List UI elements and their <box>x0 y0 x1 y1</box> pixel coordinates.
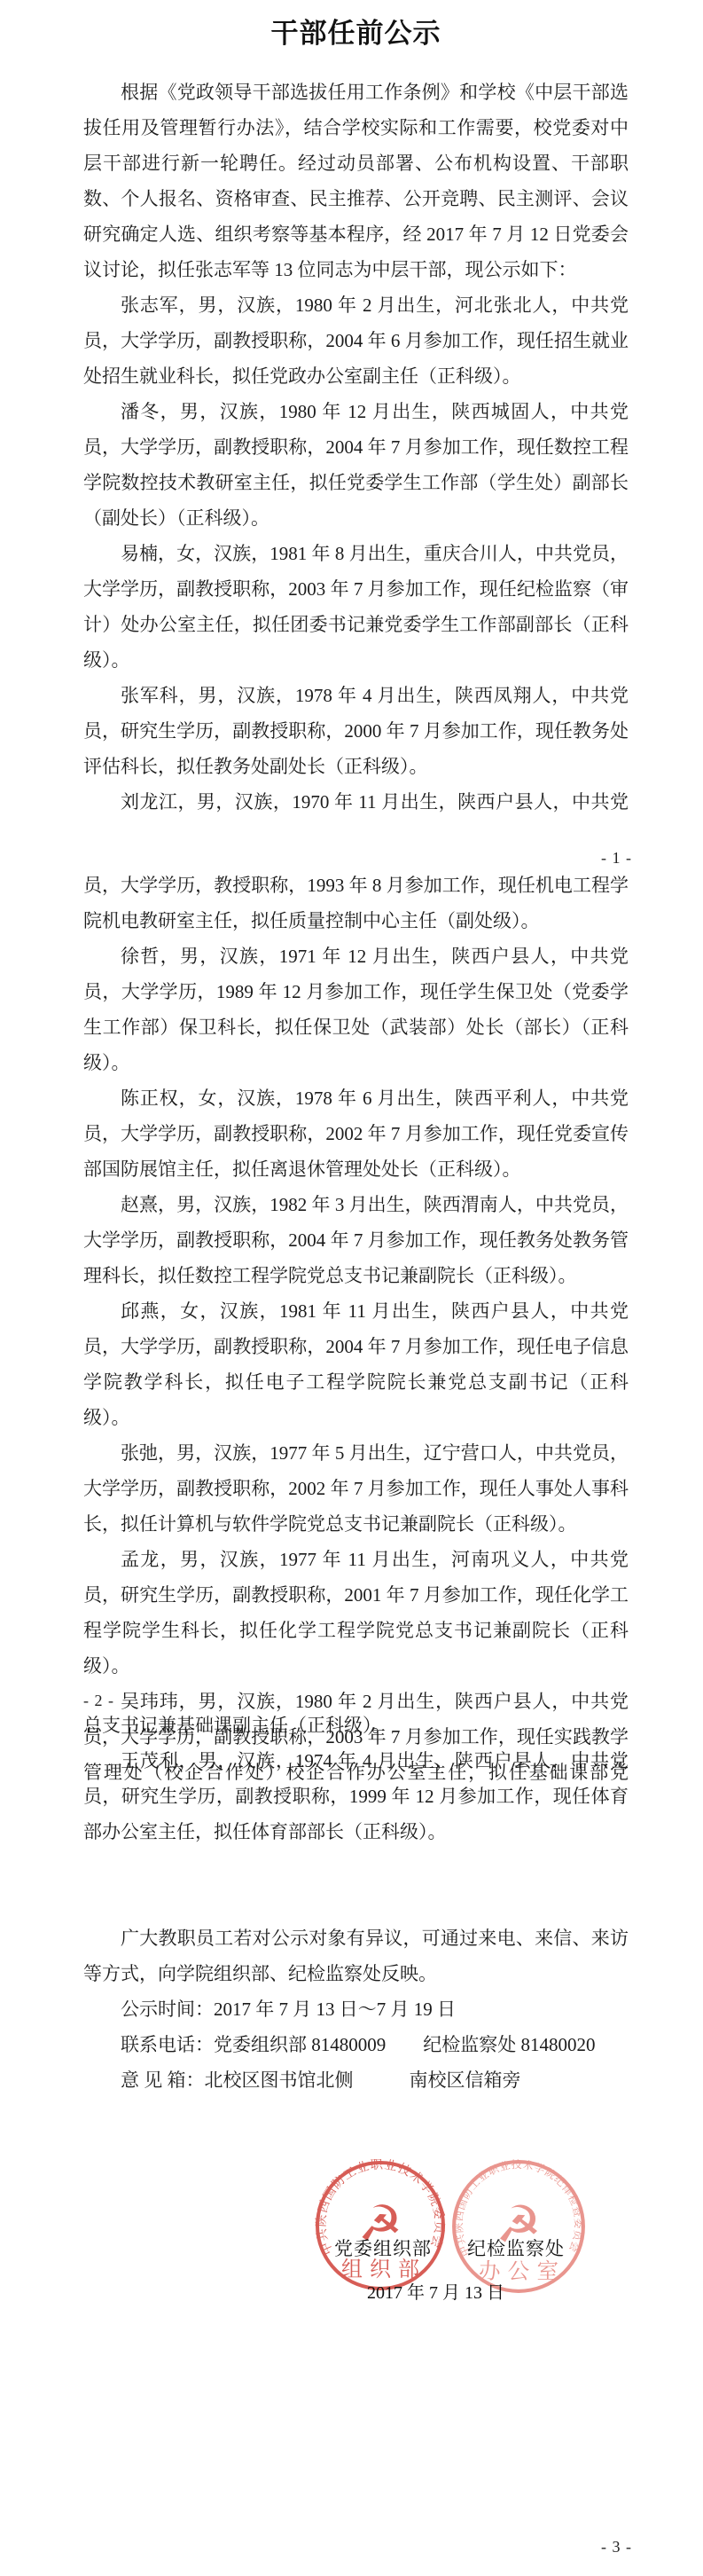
page-1-header: 干部任前公示 <box>83 14 629 53</box>
seal-graphic-right: 中共陕西国防工业职业技术学院纪律检查委员会 ☭ 办公室 <box>450 2158 587 2295</box>
notice-period-line: 公示时间：2017 年 7 月 13 日～7 月 19 日 <box>83 1991 629 2027</box>
profile-chen-zhengquan: 陈正权，女，汉族，1978 年 6 月出生，陕西平利人，中共党员，大学学历，副教… <box>83 1080 629 1187</box>
profile-pan-dong: 潘冬，男，汉族，1980 年 12 月出生，陕西城固人，中共党员，大学学历，副教… <box>83 394 629 536</box>
profile-wang-maoli: 王茂利，男，汉族，1974 年 4 月出生，陕西户县人，中共党员，研究生学历，副… <box>83 1743 629 1850</box>
seal-graphic-left: 中共陕西国防工业职业技术学院委员会 ☭ 组织部 <box>314 2159 447 2292</box>
paragraph-feedback: 广大教职员工若对公示对象有异议，可通过来电、来信、来访等方式，向学院组织部、纪检… <box>83 1920 629 1991</box>
profile-liu-longjiang-part2: 员，大学学历，教授职称，1993 年 8 月参加工作，现任机电工程学院机电教研室… <box>83 868 629 939</box>
profile-meng-long: 孟龙，男，汉族，1977 年 11 月出生，河南巩义人，中共党员，研究生学历，副… <box>83 1542 629 1684</box>
page-title: 干部任前公示 <box>83 14 629 53</box>
mailbox-line: 意 见 箱：北校区图书馆北侧 南校区信箱旁 <box>83 2062 629 2098</box>
paragraph-intro: 根据《党政领导干部选拔任用工作条例》和学校《中层干部选拔任用及管理暂行办法》，结… <box>83 75 629 287</box>
profile-zhang-junke: 张军科，男，汉族，1978 年 4 月出生，陕西凤翔人，中共党员，研究生学历，副… <box>83 678 629 784</box>
profile-zhang-chi: 张弛，男，汉族，1977 年 5 月出生，辽宁营口人，中共党员，大学学历，副教授… <box>83 1435 629 1542</box>
profile-zhang-zhijun: 张志军，男，汉族，1980 年 2 月出生，河北张北人，中共党员，大学学历，副教… <box>83 287 629 394</box>
organization-department-seal: 中共陕西国防工业职业技术学院委员会 ☭ 组织部 <box>314 2159 447 2292</box>
page-3-notice-block: 广大教职员工若对公示对象有异议，可通过来电、来信、来访等方式，向学院组织部、纪检… <box>83 1920 629 2098</box>
page-number-1: - 1 - <box>601 850 632 866</box>
issue-date: 2017 年 7 月 13 日 <box>367 2280 504 2306</box>
page-1-body: 根据《党政领导干部选拔任用工作条例》和学校《中层干部选拔任用及管理暂行办法》，结… <box>83 75 629 820</box>
profile-yi-nan: 易楠，女，汉族，1981 年 8 月出生，重庆合川人，中共党员，大学学历，副教授… <box>83 536 629 678</box>
profile-zhao-xi: 赵熹，男，汉族，1982 年 3 月出生，陕西渭南人，中共党员，大学学历，副教授… <box>83 1187 629 1293</box>
discipline-inspection-seal: 中共陕西国防工业职业技术学院纪律检查委员会 ☭ 办公室 <box>450 2158 587 2295</box>
page-3-body: 总支书记兼基础课副主任（正科级）。 王茂利，男，汉族，1974 年 4 月出生，… <box>83 1708 629 1850</box>
profile-liu-longjiang-part1: 刘龙江，男，汉族，1970 年 11 月出生，陕西户县人，中共党 <box>83 784 629 820</box>
profile-xu-zhe: 徐哲，男，汉族，1971 年 12 月出生，陕西户县人，中共党员，大学学历，19… <box>83 939 629 1080</box>
seal-inner-text-left: 组织部 <box>341 2258 426 2281</box>
contact-line: 联系电话：党委组织部 81480009 纪检监察处 81480020 <box>83 2027 629 2062</box>
page-number-3: - 3 - <box>601 2539 632 2555</box>
profile-qiu-yan: 邱燕，女，汉族，1981 年 11 月出生，陕西户县人，中共党员，大学学历，副教… <box>83 1293 629 1435</box>
page-number-2: - 2 - <box>83 1692 114 1708</box>
announcement-document: 干部任前公示 根据《党政领导干部选拔任用工作条例》和学校《中层干部选拔任用及管理… <box>0 0 703 2576</box>
signature-discipline-office: 纪检监察处 <box>467 2237 565 2260</box>
signature-org-department: 党委组织部 <box>334 2237 432 2260</box>
profile-wu-weiwei-part2: 总支书记兼基础课副主任（正科级）。 <box>83 1708 629 1743</box>
page-2-body: 员，大学学历，教授职称，1993 年 8 月参加工作，现任机电工程学院机电教研室… <box>83 868 629 1790</box>
